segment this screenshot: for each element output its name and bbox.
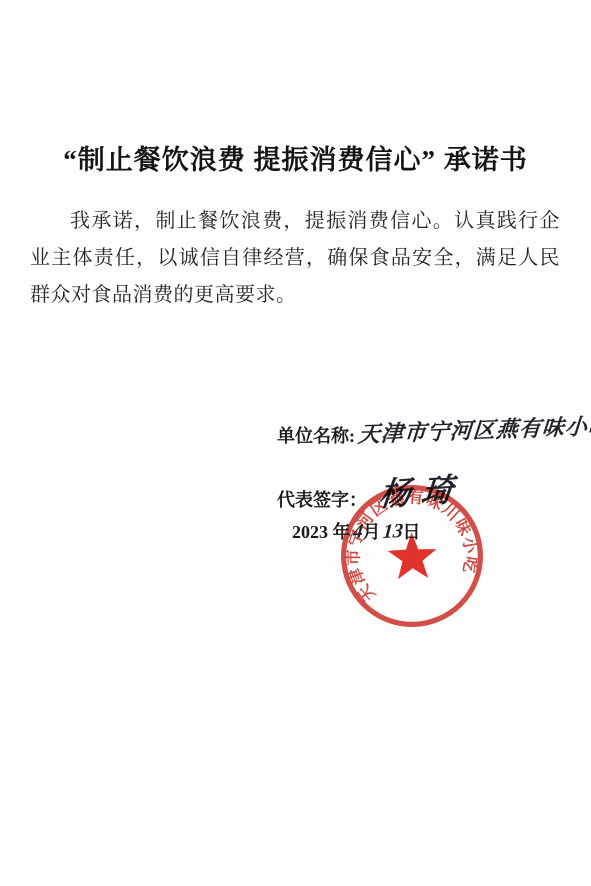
date-year-text: 2023 年 xyxy=(292,522,351,542)
commitment-paragraph: 我承诺，制止餐饮浪费，提振消费信心。认真践行企业主体责任，以诚信自律经营，确保食… xyxy=(30,203,560,314)
document-title: “制止餐饮浪费 提振消费信心” 承诺书 xyxy=(0,138,591,177)
representative-label: 代表签字： xyxy=(277,490,367,510)
representative-signature-handwritten: 杨琦 xyxy=(377,464,466,516)
date-day-label: 日 xyxy=(403,522,421,542)
unit-name-line: 单位名称:天津市宁河区燕有味小吃店 xyxy=(277,418,591,449)
commitment-letter-page: “制止餐饮浪费 提振消费信心” 承诺书 我承诺，制止餐饮浪费，提振消费信心。认真… xyxy=(0,0,591,886)
date-month-handwritten: 4 xyxy=(352,520,364,544)
unit-name-label: 单位名称: xyxy=(277,426,355,446)
date-month-label: 月 xyxy=(363,522,381,542)
date-day-handwritten: 13 xyxy=(382,520,404,544)
representative-line: 代表签字：杨琦 xyxy=(277,470,461,516)
unit-name-handwritten: 天津市宁河区燕有味小吃店 xyxy=(357,410,591,449)
date-line: 2023 年4月13日 xyxy=(292,518,421,544)
